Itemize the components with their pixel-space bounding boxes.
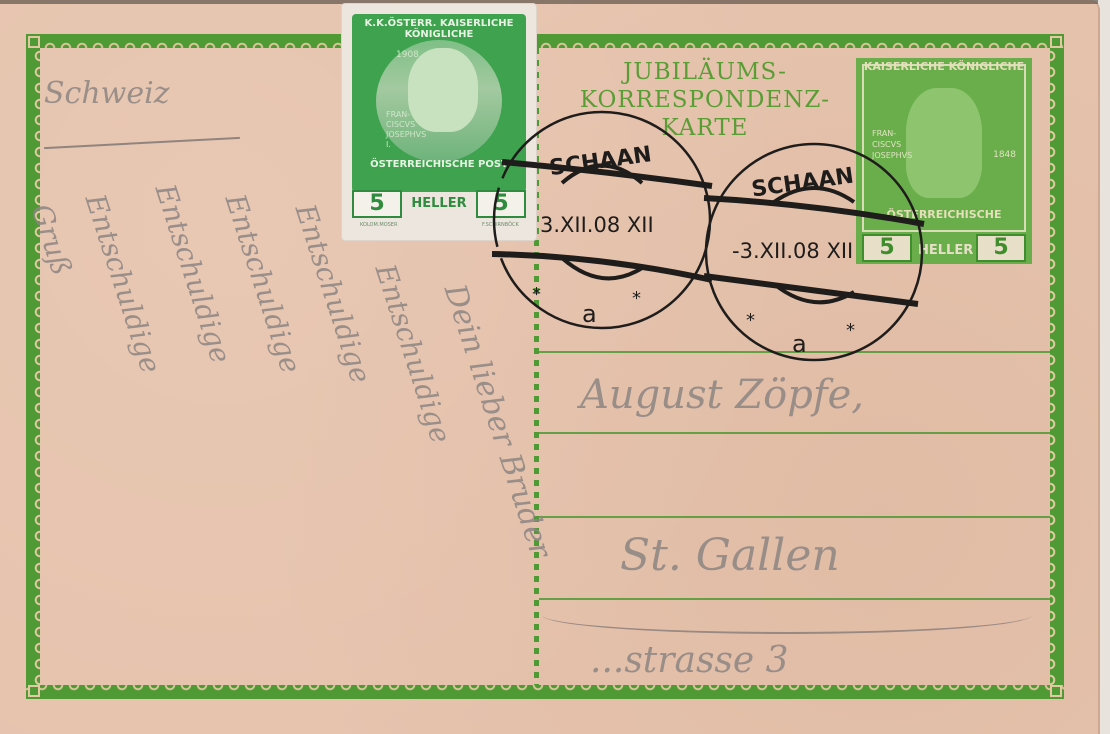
border-corner xyxy=(28,685,40,697)
svg-text:*: * xyxy=(632,288,641,309)
address-recipient: August Zöpfe, xyxy=(580,372,864,418)
address-street: ...strasse 3 xyxy=(590,640,789,681)
stamp-value: 5 xyxy=(352,190,402,218)
postcard: JUBILÄUMS- KORRESPONDENZ- KARTE 1908 FRA… xyxy=(0,0,1100,734)
postmark-code: a xyxy=(792,330,807,358)
address-line xyxy=(539,516,1050,518)
postmark: SCHAAN -3.XII.08 XII a ** xyxy=(704,140,926,368)
postmark-date: -3.XII.08 XII xyxy=(732,239,853,263)
postmark-icon: SCHAAN -3.XII.08 XII a ** xyxy=(704,140,926,364)
svg-text:*: * xyxy=(532,284,541,305)
designer-imprint: KOLOM.MOSER xyxy=(360,222,397,228)
title-line: JUBILÄUMS- xyxy=(550,58,860,86)
border-corner xyxy=(28,36,40,48)
handwritten-heading: Schweiz xyxy=(44,76,170,111)
border-right xyxy=(1050,48,1064,685)
svg-text:*: * xyxy=(846,320,855,341)
postmark-code: a xyxy=(582,300,597,328)
city-flourish xyxy=(542,596,1032,634)
border-corner xyxy=(1050,685,1062,697)
postmark-date: 3.XII.08 XII xyxy=(540,213,654,237)
stamp-currency: HELLER xyxy=(404,196,474,211)
address-line xyxy=(539,432,1050,434)
svg-text:*: * xyxy=(746,310,755,331)
border-left xyxy=(26,48,40,685)
legend-top: K.K.ÖSTERR. KAISERLICHE KÖNIGLICHE xyxy=(352,18,526,40)
postmark: SCHAAN 3.XII.08 XII a ** xyxy=(492,108,714,336)
postmark-town: SCHAAN xyxy=(750,163,855,202)
name-line: FRAN- xyxy=(872,128,912,139)
indicium-year: 1848 xyxy=(993,150,1016,160)
card-top-edge xyxy=(0,0,1098,4)
postmark-icon: SCHAAN 3.XII.08 XII a ** xyxy=(492,108,714,332)
indicium-legend-top: KAISERLICHE KÖNIGLICHE xyxy=(856,60,1032,73)
address-city: St. Gallen xyxy=(620,530,840,581)
border-corner xyxy=(1050,36,1062,48)
indicium-value: 5 xyxy=(976,234,1026,262)
